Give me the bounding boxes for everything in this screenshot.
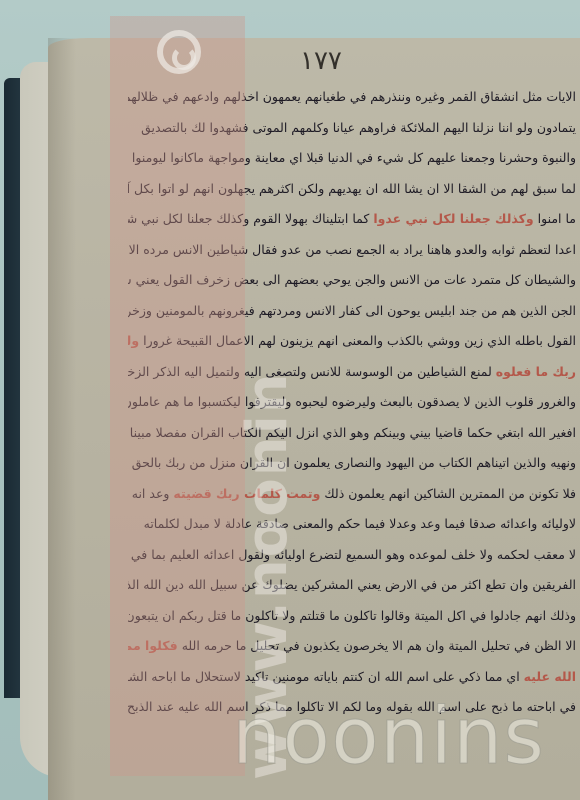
page-gutter-shadow	[48, 38, 76, 800]
line-text: ما امنوا	[538, 211, 576, 226]
rubric-quran-quote: وكذلك جعلنا لكل نبي عدوا	[373, 211, 533, 226]
rubric-quran-quote: ربك ما فعلوه	[496, 364, 576, 379]
horizontal-watermark: noonins	[232, 698, 545, 776]
rubric-quran-quote: الله عليه	[524, 669, 576, 684]
line-text: فلا تكونن من الممترين الشاكين انهم يعلمو…	[324, 486, 576, 501]
watermark-band	[110, 16, 245, 776]
copyright-icon	[157, 30, 201, 74]
folio-number: ١٧٧	[300, 46, 342, 76]
